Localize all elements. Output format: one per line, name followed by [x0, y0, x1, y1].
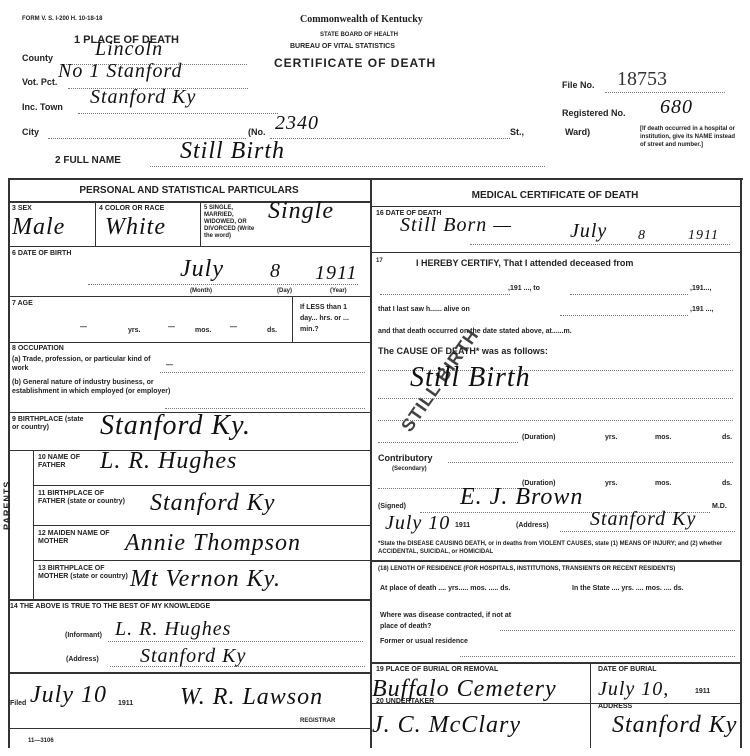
cause-of-death-value[interactable]: Still Birth — [410, 362, 531, 394]
certify-number: 17 — [376, 258, 383, 264]
mother-birthplace-label: 13 BIRTHPLACE OF MOTHER (state or countr… — [38, 565, 133, 581]
undertaker-value[interactable]: J. C. McClary — [372, 712, 521, 739]
marital-status-value[interactable]: Single — [268, 198, 334, 225]
duration-yrs-label-2: yrs. — [605, 480, 617, 487]
file-no-label: File No. — [562, 80, 595, 90]
full-name-label: 2 FULL NAME — [55, 155, 121, 166]
personal-section-title: PERSONAL AND STATISTICAL PARTICULARS — [10, 185, 368, 196]
mother-name-value[interactable]: Annie Thompson — [125, 530, 301, 557]
inc-town-value[interactable]: Stanford Ky — [90, 86, 196, 109]
father-birthplace-value[interactable]: Stanford Ky — [150, 490, 275, 517]
contributory-label: Contributory — [378, 453, 433, 463]
city-label: City — [22, 127, 39, 137]
dob-year-value[interactable]: 1911 — [315, 262, 358, 285]
ward-label: Ward) — [565, 127, 590, 137]
occupation-label: 8 OCCUPATION — [12, 345, 64, 352]
dod-day-value[interactable]: 8 — [638, 228, 646, 244]
street-no-value[interactable]: 2340 — [275, 112, 319, 135]
secondary-label: (Secondary) — [392, 466, 427, 472]
informant-statement: 14 THE ABOVE IS TRUE TO THE BEST OF MY K… — [10, 603, 210, 610]
vot-pct-value[interactable]: No 1 Stanford — [58, 60, 183, 83]
occupation-b-label: (b) General nature of industry business,… — [12, 378, 172, 396]
father-birthplace-label: 11 BIRTHPLACE OF FATHER (state or countr… — [38, 490, 133, 506]
form-code: 11—3106 — [28, 738, 54, 744]
marital-status-label: 5 SINGLE, MARRIED, WIDOWED, OR DIVORCED … — [204, 205, 264, 240]
md-label: M.D. — [712, 503, 727, 510]
father-name-value[interactable]: L. R. Hughes — [100, 448, 237, 475]
parents-side-label: PARENTS — [2, 481, 12, 530]
date-of-birth-label: 6 DATE OF BIRTH — [12, 250, 71, 257]
certificate-title: CERTIFICATE OF DEATH — [274, 56, 436, 70]
age-mos-value[interactable]: — — [168, 324, 175, 331]
medical-section-title: MEDICAL CERTIFICATE OF DEATH — [372, 190, 738, 201]
mother-name-label: 12 MAIDEN NAME OF MOTHER — [38, 530, 133, 546]
last-saw-191: ,191 ..., — [690, 306, 713, 313]
duration-yrs-label-1: yrs. — [605, 434, 617, 441]
occupation-a-value[interactable]: — — [166, 362, 173, 369]
burial-year-value[interactable]: 1911 — [695, 688, 710, 695]
file-no-value[interactable]: 18753 — [617, 68, 667, 91]
filed-label: Filed — [10, 700, 26, 707]
informant-label: (Informant) — [65, 632, 102, 639]
residence-label: (18) LENGTH OF RESIDENCE (FOR HOSPITALS,… — [378, 565, 738, 573]
sex-value[interactable]: Male — [12, 214, 65, 241]
signed-date-value[interactable]: July 10 — [385, 512, 450, 535]
race-value[interactable]: White — [105, 214, 166, 241]
undertaker-label: 20 UNDERTAKER — [376, 698, 434, 705]
registrar-label: REGISTRAR — [300, 718, 335, 724]
registered-no-label: Registered No. — [562, 108, 626, 118]
dob-day-value[interactable]: 8 — [270, 260, 281, 283]
in-state-label: In the State .... yrs. .... mos. .... ds… — [572, 583, 737, 594]
physician-address-value[interactable]: Stanford Ky — [590, 508, 696, 531]
form-number: FORM V. S. I-200 H. 10-18-18 — [22, 16, 102, 22]
disease-contracted-label: Where was disease contracted, if not at … — [380, 610, 530, 632]
mother-birthplace-value[interactable]: Mt Vernon Ky. — [130, 566, 281, 593]
dob-month-value[interactable]: July — [180, 256, 224, 283]
duration-label-1: (Duration) — [522, 434, 555, 441]
burial-place-label: 19 PLACE OF BURIAL OR REMOVAL — [376, 666, 498, 673]
filed-date-value[interactable]: July 10 — [30, 682, 107, 709]
bureau-heading: BUREAU OF VITAL STATISTICS — [290, 43, 395, 50]
at-place-of-death-label: At place of death .... yrs..... mos. ...… — [380, 583, 560, 594]
signed-label: (Signed) — [378, 503, 406, 510]
signed-year-value[interactable]: 1911 — [455, 522, 470, 529]
hospital-note: [If death occurred in a hospital or inst… — [640, 125, 735, 149]
age-ds-value[interactable]: — — [230, 324, 237, 331]
former-residence-label: Former or usual residence — [380, 636, 470, 647]
last-saw-label: that I last saw h...... alive on — [378, 306, 470, 313]
burial-date-label: DATE OF BURIAL — [598, 666, 657, 673]
street-no-label: (No. — [248, 127, 266, 137]
birthplace-label: 9 BIRTHPLACE (state or country) — [12, 416, 92, 432]
informant-address-value[interactable]: Stanford Ky — [140, 645, 246, 668]
street-label: St., — [510, 127, 524, 137]
physician-address-label: (Address) — [516, 522, 549, 529]
sex-label: 3 SEX — [12, 205, 32, 212]
attended-to-191: ,191..., — [690, 285, 711, 292]
age-yrs-label: yrs. — [128, 327, 140, 334]
race-label: 4 COLOR OR RACE — [99, 205, 164, 212]
father-name-label: 10 NAME OF FATHER — [38, 454, 98, 470]
informant-value[interactable]: L. R. Hughes — [115, 618, 231, 641]
physician-signature[interactable]: E. J. Brown — [460, 484, 583, 511]
age-yrs-value[interactable]: — — [80, 324, 87, 331]
burial-date-value[interactable]: July 10, — [598, 678, 669, 701]
board-heading: STATE BOARD OF HEALTH — [320, 32, 398, 38]
day-label: (Day) — [277, 288, 292, 294]
age-mos-label: mos. — [195, 327, 211, 334]
duration-mos-label-2: mos. — [655, 480, 671, 487]
registrar-signature[interactable]: W. R. Lawson — [180, 684, 323, 711]
dod-year-value[interactable]: 1911 — [688, 228, 719, 244]
commonwealth-heading: Commonwealth of Kentucky — [300, 14, 423, 25]
duration-ds-label-1: ds. — [722, 434, 732, 441]
age-label: 7 AGE — [12, 300, 33, 307]
vot-pct-label: Vot. Pct. — [22, 77, 57, 87]
undertaker-address-value[interactable]: Stanford Ky — [612, 712, 737, 739]
less-than-day-label: If LESS than 1 day... hrs. or ... min.? — [300, 302, 366, 335]
attended-from-191: ,191 ..., to — [508, 285, 540, 292]
filed-year-value[interactable]: 1911 — [118, 700, 133, 707]
year-label: (Year) — [330, 288, 347, 294]
registered-no-value[interactable]: 680 — [660, 96, 693, 119]
informant-address-label: (Address) — [66, 656, 99, 663]
birthplace-value[interactable]: Stanford Ky. — [100, 410, 251, 442]
month-label: (Month) — [190, 288, 212, 294]
certify-statement: I HEREBY CERTIFY, That I attended deceas… — [416, 258, 633, 268]
dod-month-value[interactable]: July — [570, 220, 607, 243]
duration-mos-label-1: mos. — [655, 434, 671, 441]
county-value[interactable]: Lincoln — [95, 38, 163, 61]
cause-footnote: *State the DISEASE CAUSING DEATH, or in … — [378, 540, 738, 556]
duration-ds-label-2: ds. — [722, 480, 732, 487]
county-label: County — [22, 53, 53, 63]
date-of-death-note[interactable]: Still Born — — [400, 214, 512, 237]
undertaker-address-label: ADDRESS — [598, 703, 632, 710]
age-ds-label: ds. — [267, 327, 277, 334]
full-name-value[interactable]: Still Birth — [180, 138, 285, 165]
occupation-a-label: (a) Trade, profession, or particular kin… — [12, 355, 167, 373]
inc-town-label: Inc. Town — [22, 102, 63, 112]
